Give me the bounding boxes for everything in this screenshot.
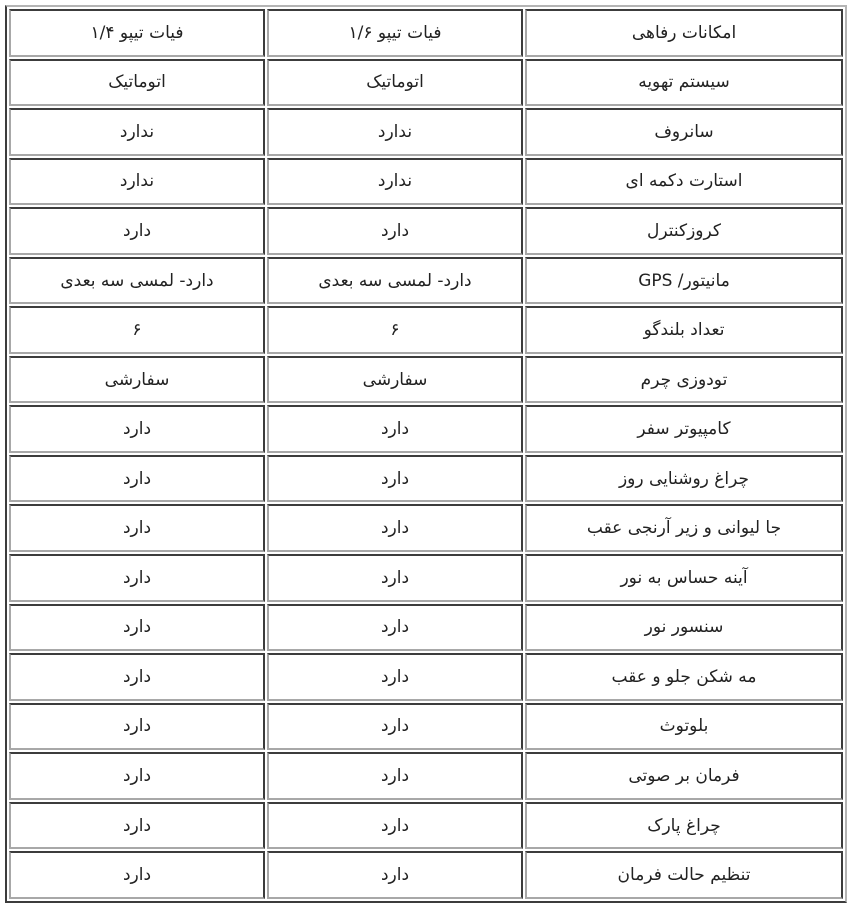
feature-cell: مانیتور/ GPS — [525, 257, 843, 305]
tipo-16-cell: دارد — [267, 207, 523, 255]
tipo-14-cell: ۶ — [9, 306, 265, 354]
tipo-14-cell: دارد — [9, 752, 265, 800]
table-row: کروزکنترل دارد دارد — [9, 207, 843, 255]
tipo-14-cell: اتوماتیک — [9, 59, 265, 107]
tipo-16-cell: دارد — [267, 604, 523, 652]
header-tipo-16: فیات تیپو ۱/۶ — [267, 9, 523, 57]
table-row: تودوزی چرم سفارشی سفارشی — [9, 356, 843, 404]
header-feature: امکانات رفاهی — [525, 9, 843, 57]
tipo-14-cell: دارد — [9, 802, 265, 850]
feature-cell: جا لیوانی و زیر آرنجی عقب — [525, 504, 843, 552]
tipo-14-cell: ندارد — [9, 158, 265, 206]
tipo-16-cell: دارد — [267, 752, 523, 800]
header-tipo-14: فیات تیپو ۱/۴ — [9, 9, 265, 57]
feature-cell: تودوزی چرم — [525, 356, 843, 404]
tipo-14-cell: دارد — [9, 455, 265, 503]
tipo-16-cell: دارد — [267, 504, 523, 552]
tipo-16-cell: دارد — [267, 851, 523, 899]
table-row: سنسور نور دارد دارد — [9, 604, 843, 652]
table-row: استارت دکمه ای ندارد ندارد — [9, 158, 843, 206]
tipo-16-cell: ندارد — [267, 108, 523, 156]
tipo-16-cell: ۶ — [267, 306, 523, 354]
table-row: مه شکن جلو و عقب دارد دارد — [9, 653, 843, 701]
feature-cell: سنسور نور — [525, 604, 843, 652]
table-row: بلوتوث دارد دارد — [9, 703, 843, 751]
tipo-14-cell: دارد — [9, 405, 265, 453]
tipo-16-cell: دارد — [267, 405, 523, 453]
table-row: تنظیم حالت فرمان دارد دارد — [9, 851, 843, 899]
feature-cell: کامپیوتر سفر — [525, 405, 843, 453]
table-row: سانروف ندارد ندارد — [9, 108, 843, 156]
feature-cell: چراغ روشنایی روز — [525, 455, 843, 503]
tipo-14-cell: دارد — [9, 653, 265, 701]
tipo-14-cell: دارد — [9, 851, 265, 899]
tipo-14-cell: سفارشی — [9, 356, 265, 404]
table-row: چراغ روشنایی روز دارد دارد — [9, 455, 843, 503]
feature-cell: مه شکن جلو و عقب — [525, 653, 843, 701]
tipo-16-cell: دارد — [267, 802, 523, 850]
table-row: آینه حساس به نور دارد دارد — [9, 554, 843, 602]
table-row: کامپیوتر سفر دارد دارد — [9, 405, 843, 453]
feature-cell: بلوتوث — [525, 703, 843, 751]
table-row: تعداد بلندگو ۶ ۶ — [9, 306, 843, 354]
feature-cell: فرمان بر صوتی — [525, 752, 843, 800]
tipo-14-cell: دارد — [9, 504, 265, 552]
feature-cell: تعداد بلندگو — [525, 306, 843, 354]
feature-cell: کروزکنترل — [525, 207, 843, 255]
table-header-row: امکانات رفاهی فیات تیپو ۱/۶ فیات تیپو ۱/… — [9, 9, 843, 57]
tipo-14-cell: دارد — [9, 554, 265, 602]
tipo-16-cell: دارد — [267, 653, 523, 701]
table-row: چراغ پارک دارد دارد — [9, 802, 843, 850]
feature-cell: سیستم تهویه — [525, 59, 843, 107]
comfort-features-comparison-table: امکانات رفاهی فیات تیپو ۱/۶ فیات تیپو ۱/… — [5, 5, 847, 903]
tipo-16-cell: ندارد — [267, 158, 523, 206]
tipo-16-cell: دارد- لمسی سه بعدی — [267, 257, 523, 305]
tipo-14-cell: ندارد — [9, 108, 265, 156]
feature-cell: سانروف — [525, 108, 843, 156]
tipo-16-cell: دارد — [267, 703, 523, 751]
table-row: فرمان بر صوتی دارد دارد — [9, 752, 843, 800]
feature-cell: استارت دکمه ای — [525, 158, 843, 206]
feature-cell: چراغ پارک — [525, 802, 843, 850]
tipo-14-cell: دارد — [9, 604, 265, 652]
feature-cell: آینه حساس به نور — [525, 554, 843, 602]
feature-cell: تنظیم حالت فرمان — [525, 851, 843, 899]
tipo-14-cell: دارد- لمسی سه بعدی — [9, 257, 265, 305]
tipo-16-cell: اتوماتیک — [267, 59, 523, 107]
table-row: جا لیوانی و زیر آرنجی عقب دارد دارد — [9, 504, 843, 552]
tipo-16-cell: سفارشی — [267, 356, 523, 404]
tipo-14-cell: دارد — [9, 207, 265, 255]
tipo-14-cell: دارد — [9, 703, 265, 751]
tipo-16-cell: دارد — [267, 554, 523, 602]
tipo-16-cell: دارد — [267, 455, 523, 503]
table-row: مانیتور/ GPS دارد- لمسی سه بعدی دارد- لم… — [9, 257, 843, 305]
table-row: سیستم تهویه اتوماتیک اتوماتیک — [9, 59, 843, 107]
